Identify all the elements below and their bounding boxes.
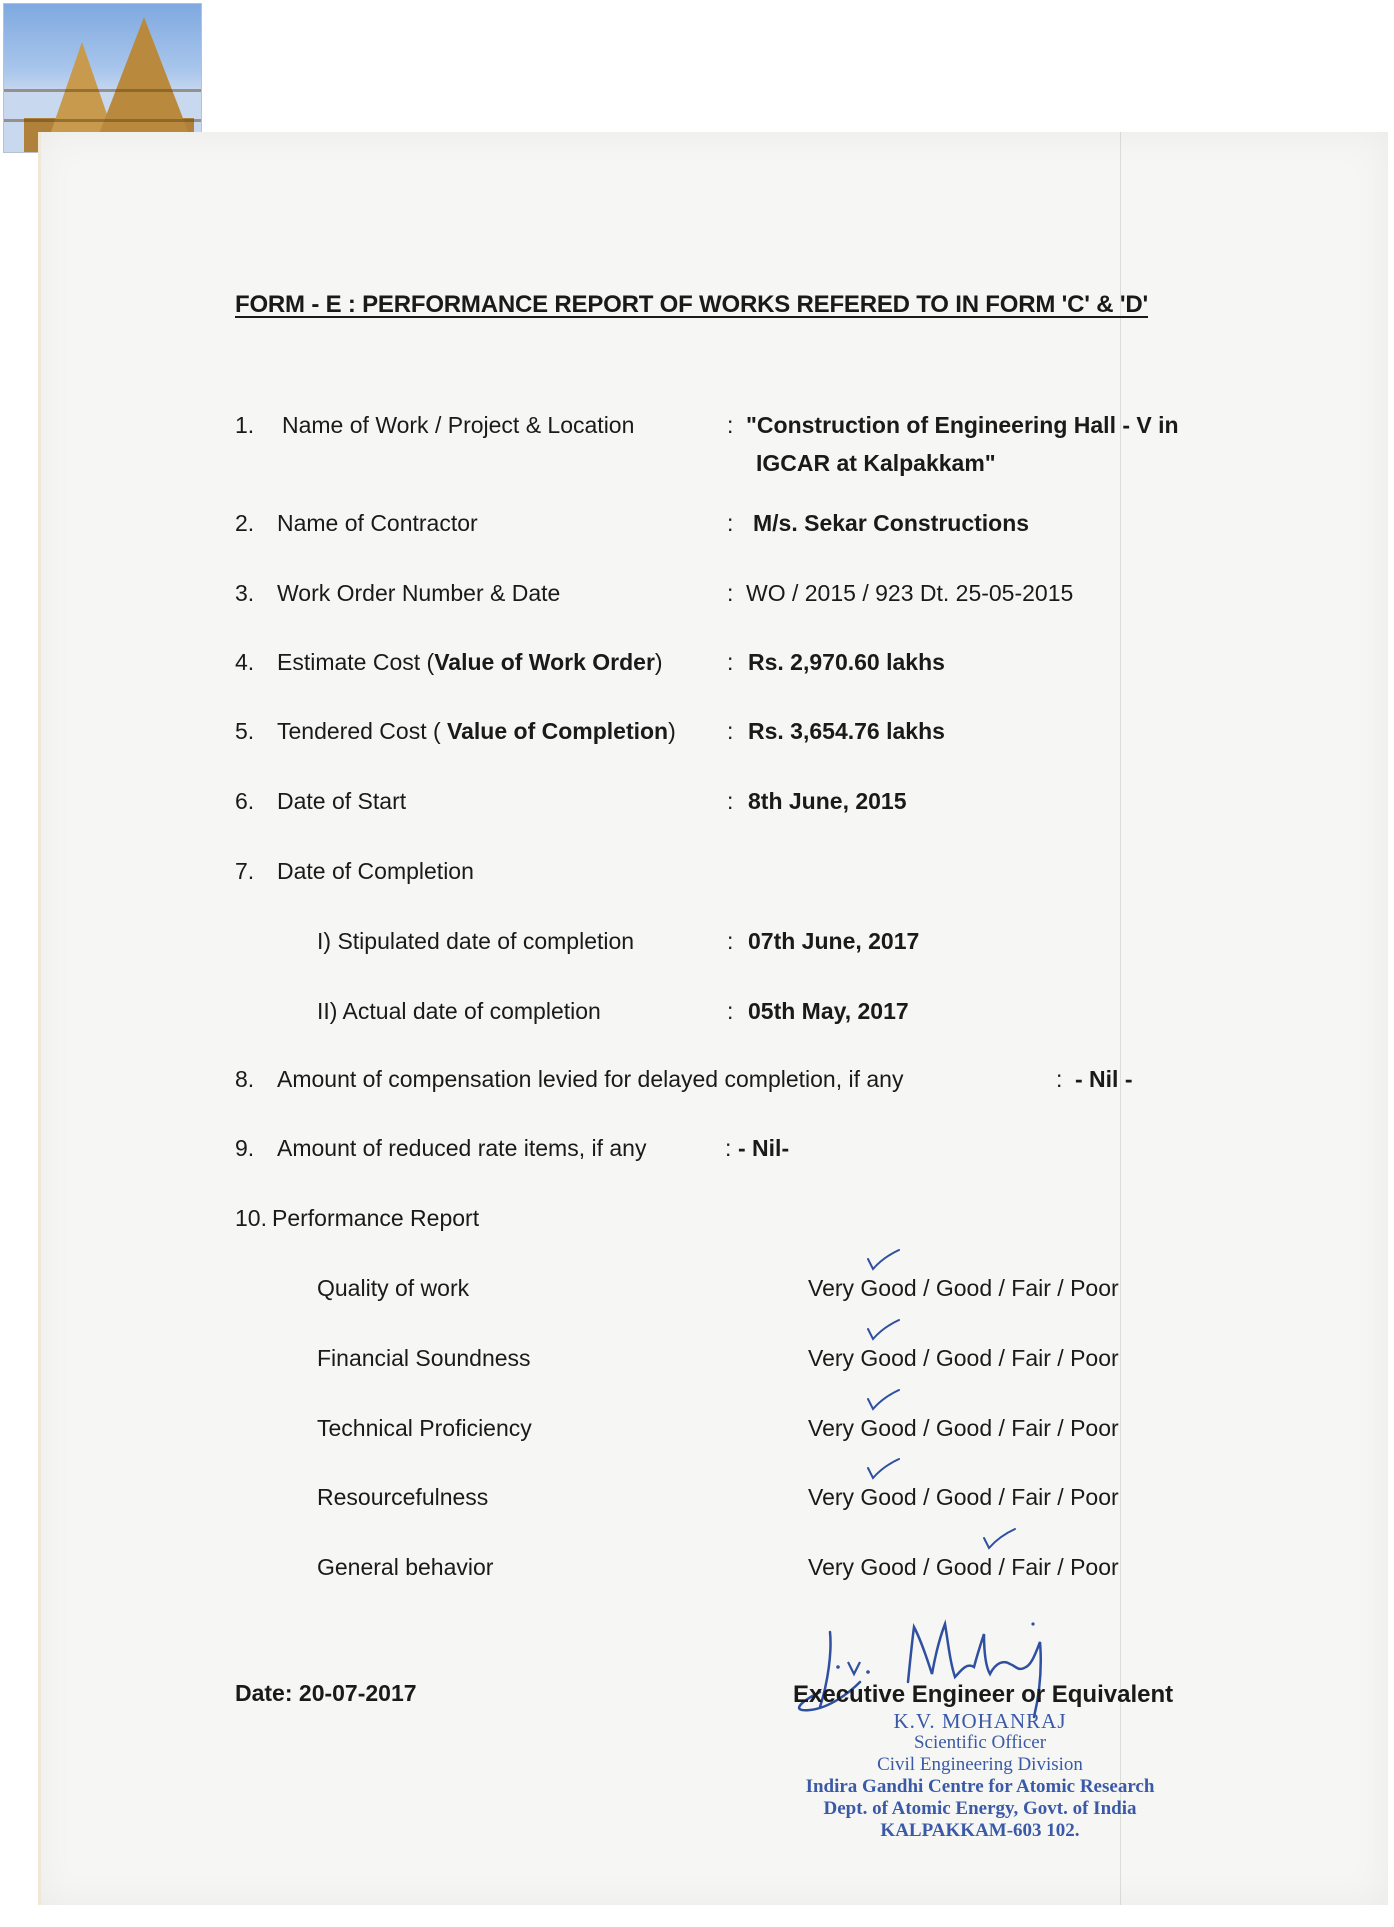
item-value-reduced-rate: - Nil- <box>738 1137 789 1160</box>
rating-criterion: Quality of work <box>317 1277 469 1300</box>
checkmark-icon <box>866 1319 900 1341</box>
stamp-organization: Indira Gandhi Centre for Atomic Research <box>740 1776 1220 1798</box>
item-value-stipulated-date: 07th June, 2017 <box>748 930 919 953</box>
item-value-work-name: "Construction of Engineering Hall - V in <box>746 414 1179 437</box>
item-label: Date of Start <box>277 790 406 813</box>
item-number: 5. <box>235 720 254 743</box>
sub-item-label: I) Stipulated date of completion <box>317 930 634 953</box>
rating-criterion: Technical Proficiency <box>317 1417 532 1440</box>
item-colon: : <box>727 414 733 437</box>
item-value-work-location: IGCAR at Kalpakkam" <box>756 452 996 475</box>
item-number: 8. <box>235 1068 254 1091</box>
label-end: ) <box>655 649 663 675</box>
item-label: Tendered Cost ( Value of Completion) <box>277 720 676 743</box>
rating-options[interactable]: Very Good / Good / Fair / Poor <box>808 1486 1119 1509</box>
stamp-designation: Scientific Officer <box>740 1732 1220 1754</box>
item-label: Amount of reduced rate items, if any <box>277 1137 646 1160</box>
fold-line <box>1120 132 1121 1905</box>
item-value-work-order: WO / 2015 / 923 Dt. 25-05-2015 <box>746 582 1073 605</box>
stamp-division: Civil Engineering Division <box>740 1754 1220 1776</box>
item-label: Date of Completion <box>277 860 474 883</box>
item-colon: : <box>727 720 733 743</box>
item-number: 4. <box>235 651 254 674</box>
item-label: Performance Report <box>272 1207 479 1230</box>
item-number: 1. <box>235 414 254 437</box>
item-number: 3. <box>235 582 254 605</box>
item-colon: : <box>727 582 733 605</box>
item-colon: : <box>725 1137 731 1160</box>
item-number: 6. <box>235 790 254 813</box>
checkmark-icon <box>866 1249 900 1271</box>
item-number: 7. <box>235 860 254 883</box>
stamp-department: Dept. of Atomic Energy, Govt. of India <box>740 1798 1220 1820</box>
paper-edge <box>38 132 41 1905</box>
sub-item-label: II) Actual date of completion <box>317 1000 601 1023</box>
rating-options[interactable]: Very Good / Good / Fair / Poor <box>808 1556 1119 1579</box>
temple-tier <box>4 89 201 92</box>
item-label: Amount of compensation levied for delaye… <box>277 1068 903 1091</box>
item-label: Estimate Cost (Value of Work Order) <box>277 651 663 674</box>
item-colon: : <box>1056 1068 1062 1091</box>
item-value-compensation: - Nil - <box>1075 1068 1133 1091</box>
signatory-title: Executive Engineer or Equivalent <box>793 1683 1173 1707</box>
item-number: 10. <box>235 1207 267 1230</box>
checkmark-icon <box>866 1458 900 1480</box>
stamp-name: K.V. MOHANRAJ <box>740 1710 1220 1732</box>
item-label: Name of Contractor <box>277 512 478 535</box>
item-value-tendered-cost: Rs. 3,654.76 lakhs <box>748 720 945 743</box>
item-label: Work Order Number & Date <box>277 582 560 605</box>
item-value-actual-date: 05th May, 2017 <box>748 1000 909 1023</box>
rating-options[interactable]: Very Good / Good / Fair / Poor <box>808 1277 1119 1300</box>
rating-criterion: General behavior <box>317 1556 493 1579</box>
label-bold: Value of Work Order <box>434 649 655 675</box>
rating-criterion: Resourcefulness <box>317 1486 488 1509</box>
label-plain: Tendered Cost ( <box>277 718 447 744</box>
item-label: Name of Work / Project & Location <box>282 414 634 437</box>
item-number: 2. <box>235 512 254 535</box>
stamp-address: KALPAKKAM-603 102. <box>740 1820 1220 1842</box>
label-end: ) <box>668 718 676 744</box>
form-title: FORM - E : PERFORMANCE REPORT OF WORKS R… <box>235 291 1148 319</box>
report-date: Date: 20-07-2017 <box>235 1682 417 1705</box>
item-colon: : <box>727 930 733 953</box>
temple-tier <box>4 119 201 122</box>
scanned-paper <box>38 132 1388 1905</box>
label-plain: Estimate Cost ( <box>277 649 434 675</box>
checkmark-icon <box>982 1528 1016 1550</box>
item-number: 9. <box>235 1137 254 1160</box>
label-bold: Value of Completion <box>447 718 668 744</box>
item-colon: : <box>727 512 733 535</box>
item-value-contractor: M/s. Sekar Constructions <box>753 512 1029 535</box>
rating-criterion: Financial Soundness <box>317 1347 531 1370</box>
item-colon: : <box>727 651 733 674</box>
rating-options[interactable]: Very Good / Good / Fair / Poor <box>808 1417 1119 1440</box>
temple-photo <box>3 3 202 153</box>
item-value-start-date: 8th June, 2015 <box>748 790 907 813</box>
item-value-estimate-cost: Rs. 2,970.60 lakhs <box>748 651 945 674</box>
item-colon: : <box>727 790 733 813</box>
item-colon: : <box>727 1000 733 1023</box>
checkmark-icon <box>866 1389 900 1411</box>
rating-options[interactable]: Very Good / Good / Fair / Poor <box>808 1347 1119 1370</box>
